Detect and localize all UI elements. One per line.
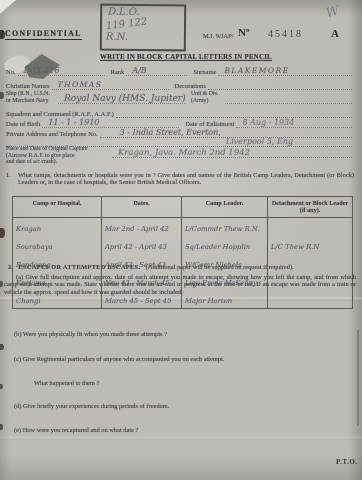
- capture-label-line1: Place and Date of Original Capture: [6, 146, 112, 153]
- camps-header-leader: Camp Leader.: [182, 197, 268, 218]
- corner-pencil-note: W: [324, 4, 341, 22]
- squadron-label: Squadron and Command (R.A.F., A.A.F.): [6, 111, 114, 118]
- question-2-title: ESCAPES OR ATTEMPTED ESCAPES.: [18, 264, 140, 271]
- row-ship-unit: Ship (R.N., U.S.N. or Merchant Navy Roya…: [6, 91, 352, 104]
- address-value-line2: Liverpool 5, Eng: [226, 138, 293, 146]
- question-2-number: 2.: [8, 264, 13, 271]
- camp-leader: Sq/Leader Hopplin: [185, 243, 250, 251]
- camp-detachment: L/C Thew R.N: [271, 243, 319, 251]
- decorations-label: Decorations: [175, 83, 206, 90]
- decorations-field: [208, 80, 352, 90]
- ship-label-line2: or Merchant Navy: [6, 98, 58, 105]
- serial-suffix: A: [331, 28, 339, 40]
- question-2d: (d) Give briefly your experiences during…: [14, 403, 354, 410]
- question-2e: (e) How were you recaptured and on what …: [14, 427, 354, 434]
- camp-name: Kragan: [16, 225, 41, 233]
- capture-field: Kragan, Java. March 2nd 1942: [112, 146, 352, 158]
- row-squadron: Squadron and Command (R.A.F., A.A.F.): [6, 108, 352, 118]
- number-label: No.: [6, 69, 16, 76]
- rank-label: Rank: [111, 69, 125, 76]
- question-2c: (c) Give Regimental particulars of anyon…: [14, 356, 354, 363]
- question-2a: (a) Give full description and approx. da…: [4, 274, 356, 296]
- row-dates: Date of Birth 11 - 1 - 1910 Date of Enli…: [6, 118, 352, 128]
- serial-no-label: Nº: [238, 27, 250, 39]
- question-2-heading: 2. ESCAPES OR ATTEMPTED ESCAPES. (Additi…: [8, 264, 354, 271]
- question-2b: (b) Were you physically fit when you mad…: [14, 331, 354, 338]
- rank-field: A/B: [126, 66, 187, 76]
- capture-label: Place and Date of Original Capture (Airc…: [6, 146, 112, 166]
- capture-label-line3: and date of a/c crash).: [6, 159, 112, 166]
- paper-crease: [0, 435, 362, 440]
- camp-dates: March 45 - Sept 45: [105, 297, 171, 305]
- question-2c-followup: What happened to them ?: [34, 380, 354, 387]
- paper-artifact: [0, 281, 3, 287]
- dob-label: Date of Birth: [6, 121, 40, 128]
- paper-artifact: [0, 344, 4, 350]
- dob-value: 11 - 1 - 1910: [48, 119, 99, 127]
- stamp-line-1: D.L.O.: [108, 8, 140, 18]
- paper-artifact: [0, 424, 3, 430]
- number-field: D/JX 216: [18, 66, 105, 76]
- ship-label: Ship (R.N., U.S.N. or Merchant Navy: [6, 91, 58, 104]
- unit-label: Unit & Div. (Army): [191, 91, 225, 104]
- unit-label-line1: Unit & Div.: [191, 91, 225, 98]
- camp-leader: L/Commdr Thew R.N.: [185, 225, 260, 233]
- camps-header-detachment: Detachment or Block Leader (if any).: [268, 197, 353, 218]
- page-turn-over-note: P.T.O.: [336, 458, 357, 466]
- number-value: D/JX 216: [24, 67, 60, 75]
- camp-name: Sourabaya: [16, 243, 53, 251]
- question-1-number: 1.: [6, 172, 18, 187]
- squadron-field: [116, 108, 352, 118]
- question-2-note: (Additional paper will be supplied on re…: [146, 264, 294, 271]
- paper-artifact: [0, 92, 4, 99]
- row-names-decorations: Christian Names THOMAS Decorations: [6, 80, 352, 90]
- serial-number: 45418: [268, 29, 303, 40]
- enlistment-field: 8 Aug - 1934: [236, 118, 352, 128]
- pow-liberation-questionnaire: D.L.O. 119 122 R.N. CONFIDENTIAL M.I. 9/…: [0, 0, 362, 480]
- camps-header-dates: Dates.: [102, 197, 182, 218]
- paper-artifact: [0, 384, 3, 389]
- address-value-line1: 3 - India Street, Everton,: [120, 129, 221, 137]
- camps-row-2: Sourabaya April 42 - April 43 Sq/Leader …: [13, 236, 353, 254]
- christian-names-field: THOMAS: [52, 80, 169, 90]
- surname-label: Surname: [193, 69, 216, 76]
- classification-marking: CONFIDENTIAL: [5, 29, 82, 40]
- camps-table-header-row: Camp or Hospital. Dates. Camp Leader. De…: [13, 197, 353, 218]
- unit-field: [225, 94, 352, 104]
- enlistment-value: 8 Aug - 1934: [242, 119, 294, 127]
- form-title: WRITE IN BLOCK CAPITAL LETTERS IN PENCIL: [97, 54, 275, 61]
- camps-row-1: Kragan Mar 2nd - April 42 L/Commdr Thew …: [13, 218, 353, 237]
- question-1: 1. What camps, detachments or hospitals …: [6, 172, 354, 187]
- camps-header-camp: Camp or Hospital.: [13, 197, 102, 218]
- camp-leader: Major Horton: [185, 297, 232, 305]
- paper-corner-artifact: [0, 0, 16, 14]
- row-capture: Place and Date of Original Capture (Airc…: [6, 146, 352, 166]
- ship-field: Royal Navy (HMS. Jupiter): [58, 91, 185, 104]
- capture-value: Kragan, Java. March 2nd 1942: [118, 149, 250, 157]
- unit-label-line2: (Army): [191, 98, 225, 105]
- stamp-line-3: R.N.: [106, 33, 128, 43]
- surname-value: BLAKEMORE: [224, 67, 289, 75]
- form-reference: M.I. 9/JAP/: [203, 33, 234, 40]
- censor-stamp-box: D.L.O. 119 122 R.N.: [100, 4, 186, 52]
- rank-value: A/B: [132, 67, 146, 75]
- christian-names-label: Christian Names: [6, 83, 50, 90]
- ship-label-line1: Ship (R.N., U.S.N.: [6, 91, 58, 98]
- stamp-line-2: 119 122: [106, 18, 148, 33]
- camp-dates: Mar 2nd - April 42: [105, 225, 169, 233]
- camp-dates: April 42 - April 43: [105, 243, 167, 251]
- camp-name: Changi: [16, 297, 41, 305]
- question-1-text: What camps, detachments or hospitals wer…: [18, 172, 354, 187]
- paper-edge-line: [357, 330, 359, 426]
- surname-field: BLAKEMORE: [218, 66, 352, 76]
- dob-field: 11 - 1 - 1910: [42, 118, 179, 128]
- christian-names-value: THOMAS: [58, 81, 103, 89]
- row-number-rank-surname: No. D/JX 216 Rank A/B Surname BLAKEMORE: [6, 66, 352, 76]
- enlistment-label: Date of Enlistment: [185, 121, 234, 128]
- paper-artifact: [0, 228, 5, 238]
- ship-value: Royal Navy (HMS. Jupiter): [64, 95, 186, 103]
